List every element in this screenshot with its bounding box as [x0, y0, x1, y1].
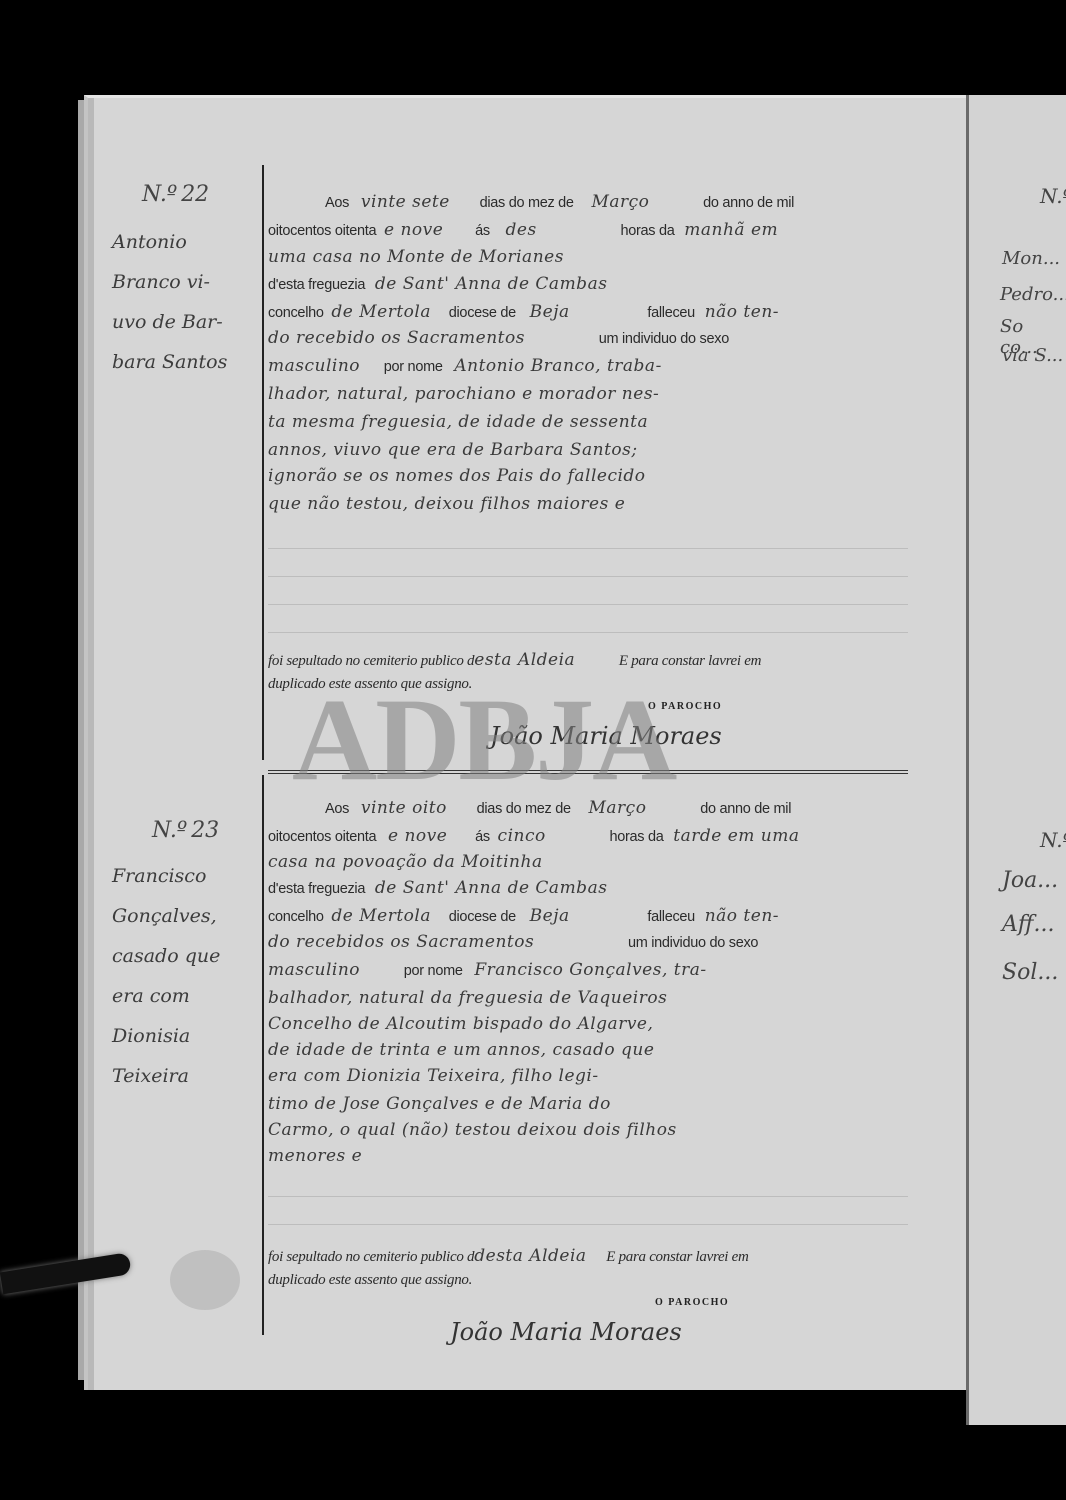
entry-line: era com Dionizia Teixeira, filho legi-: [268, 1066, 908, 1092]
entry-line: d'esta freguezia de Sant' Anna de Cambas: [268, 274, 908, 300]
parish-priest-signature: João Maria Moraes: [450, 1318, 682, 1346]
entry-line: concelho de Mertola diocese de Beja fall…: [268, 906, 908, 932]
page-smudge: [170, 1250, 240, 1310]
margin-name-line: Teixeira: [112, 1056, 260, 1096]
archive-watermark: ADBJA: [292, 672, 675, 808]
entry-number-label: N.º: [152, 818, 187, 843]
margin-name-line: era com: [112, 976, 260, 1016]
entry-line: timo de Jose Gonçalves e de Maria do: [268, 1094, 908, 1120]
ruled-line: [268, 604, 908, 605]
entry-line: Carmo, o qual (não) testou deixou dois f…: [268, 1120, 908, 1146]
entry-line: Aos vinte sete dias do mez de Março do a…: [325, 192, 965, 218]
entry-line: menores e: [268, 1146, 908, 1172]
entry-line: balhador, natural da freguesia de Vaquei…: [268, 988, 908, 1014]
entry-line: de idade de trinta e um annos, casado qu…: [268, 1040, 908, 1066]
entry-number-label: N.º: [142, 182, 177, 207]
margin-name-line: Branco vi-: [112, 262, 260, 302]
margin-name-line: casado que: [112, 936, 260, 976]
entry-line: oitocentos oitenta e nove ás cinco horas…: [268, 826, 908, 852]
ruled-line: [268, 1224, 908, 1225]
ruled-line: [268, 548, 908, 549]
margin-column-rule: [262, 165, 264, 760]
entry-line: masculino por nome Antonio Branco, traba…: [268, 356, 908, 382]
entry-line: concelho de Mertola diocese de Beja fall…: [268, 302, 908, 328]
margin-name-line: uvo de Bar-: [112, 302, 260, 342]
entry-line: lhador, natural, parochiano e morador ne…: [268, 384, 908, 410]
entry-line: Concelho de Alcoutim bispado do Algarve,: [268, 1014, 908, 1040]
entry-number: 22: [181, 182, 209, 207]
entry-line: oitocentos oitenta e nove ás des horas d…: [268, 220, 908, 246]
margin-name-line: Dionisia: [112, 1016, 260, 1056]
closing-line: duplicado este assento que assigno.: [268, 1272, 908, 1298]
margin-name-line: Francisco: [112, 856, 260, 896]
entry-line: d'esta freguezia de Sant' Anna de Cambas: [268, 878, 908, 904]
burial-line: foi sepultado no cemiterio publico ddest…: [268, 1246, 908, 1272]
entry-line: do recebido os Sacramentos um individuo …: [268, 328, 908, 354]
ruled-line: [268, 1196, 908, 1197]
entry-line: casa na povoação da Moitinha: [268, 852, 908, 878]
margin-name-line: Gonçalves,: [112, 896, 260, 936]
entry-line: masculino por nome Francisco Gonçalves, …: [268, 960, 908, 986]
entry-line: ignorão se os nomes dos Pais do fallecid…: [268, 466, 908, 492]
entry-number: 23: [191, 818, 219, 843]
margin-name-line: Antonio: [112, 222, 260, 262]
entry-margin: N.º 23 Francisco Gonçalves, casado que e…: [112, 818, 260, 1096]
margin-column-rule: [262, 775, 264, 1335]
ruled-line: [268, 576, 908, 577]
margin-name-line: bara Santos: [112, 342, 260, 382]
entry-line: ta mesma freguesia, de idade de sessenta: [268, 412, 908, 438]
ruled-line: [268, 632, 908, 633]
entry-line: do recebidos os Sacramentos um individuo…: [268, 932, 908, 958]
entry-line: que não testou, deixou filhos maiores e: [268, 494, 908, 520]
entry-line: annos, viuvo que era de Barbara Santos;: [268, 440, 908, 466]
entry-margin: N.º 22 Antonio Branco vi- uvo de Bar- ba…: [112, 182, 260, 382]
signature-title: O PAROCHO: [655, 1297, 729, 1308]
entry-line: uma casa no Monte de Morianes: [268, 247, 908, 273]
